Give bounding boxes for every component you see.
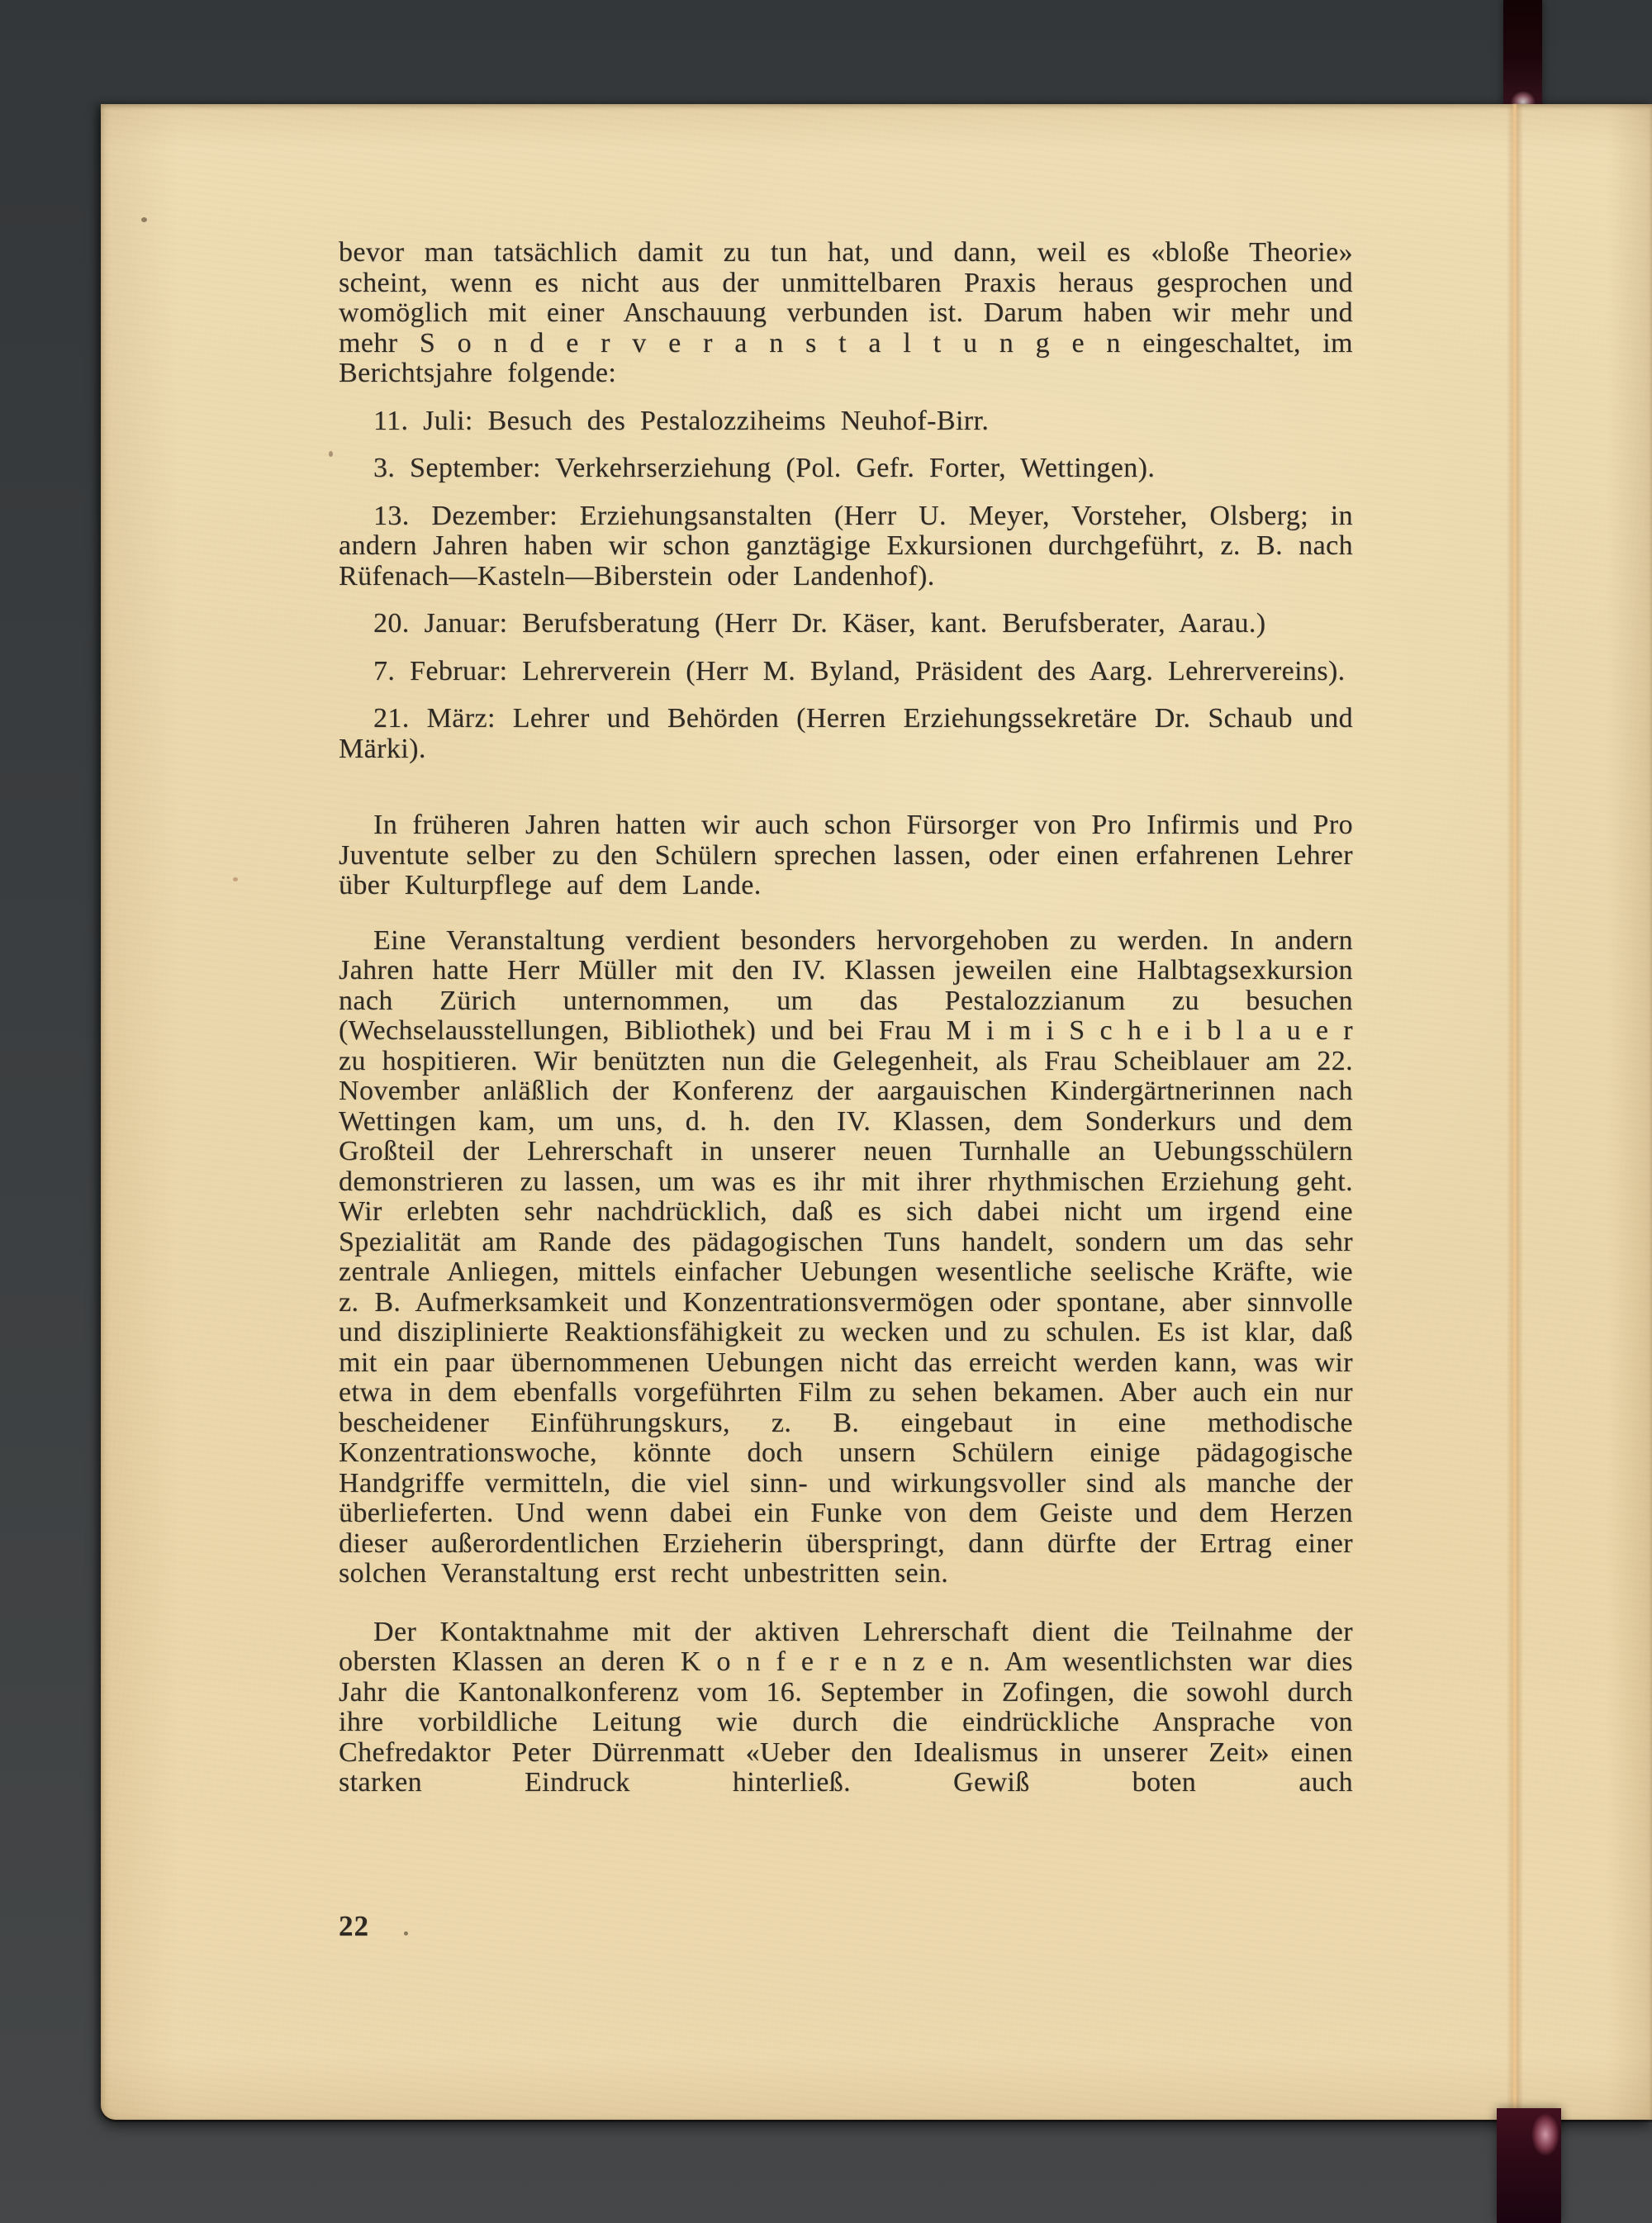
event-list-item: 7. Februar: Lehrerverein (Herr M. Byland… — [339, 657, 1353, 687]
event-list-item: 20. Januar: Berufsberatung (Herr Dr. Käs… — [339, 609, 1353, 639]
gutter-crease — [1507, 104, 1523, 2120]
paper-speck — [233, 877, 238, 881]
bookmark-ribbon-top — [1503, 0, 1542, 116]
paragraph-fuersorger: In früheren Jahren hatten wir auch schon… — [339, 810, 1353, 901]
event-list-item: 13. Dezember: Erziehungsanstalten (Herr … — [339, 501, 1353, 592]
paper-speck — [404, 1931, 408, 1936]
book-page: bevor man tatsächlich damit zu tun hat, … — [101, 104, 1652, 2120]
paper-speck — [141, 217, 147, 222]
paragraph-scheiblauer: Eine Veranstaltung verdient besonders he… — [339, 926, 1353, 1589]
event-list-item: 21. März: Lehrer und Behörden (Herren Er… — [339, 704, 1353, 764]
bookmark-ribbon-bottom — [1497, 2108, 1561, 2223]
page-number: 22 — [339, 1910, 369, 1943]
paragraph-konferenzen: Der Kontaktnahme mit der aktiven Lehrers… — [339, 1617, 1353, 1798]
paragraph-intro: bevor man tatsächlich damit zu tun hat, … — [339, 238, 1353, 389]
page-text-column: bevor man tatsächlich damit zu tun hat, … — [339, 238, 1353, 1798]
event-list-item: 11. Juli: Besuch des Pestalozziheims Neu… — [339, 406, 1353, 437]
event-list-item: 3. September: Verkehrserziehung (Pol. Ge… — [339, 454, 1353, 484]
scanned-book-spread: bevor man tatsächlich damit zu tun hat, … — [0, 0, 1652, 2223]
paper-speck — [329, 451, 333, 457]
